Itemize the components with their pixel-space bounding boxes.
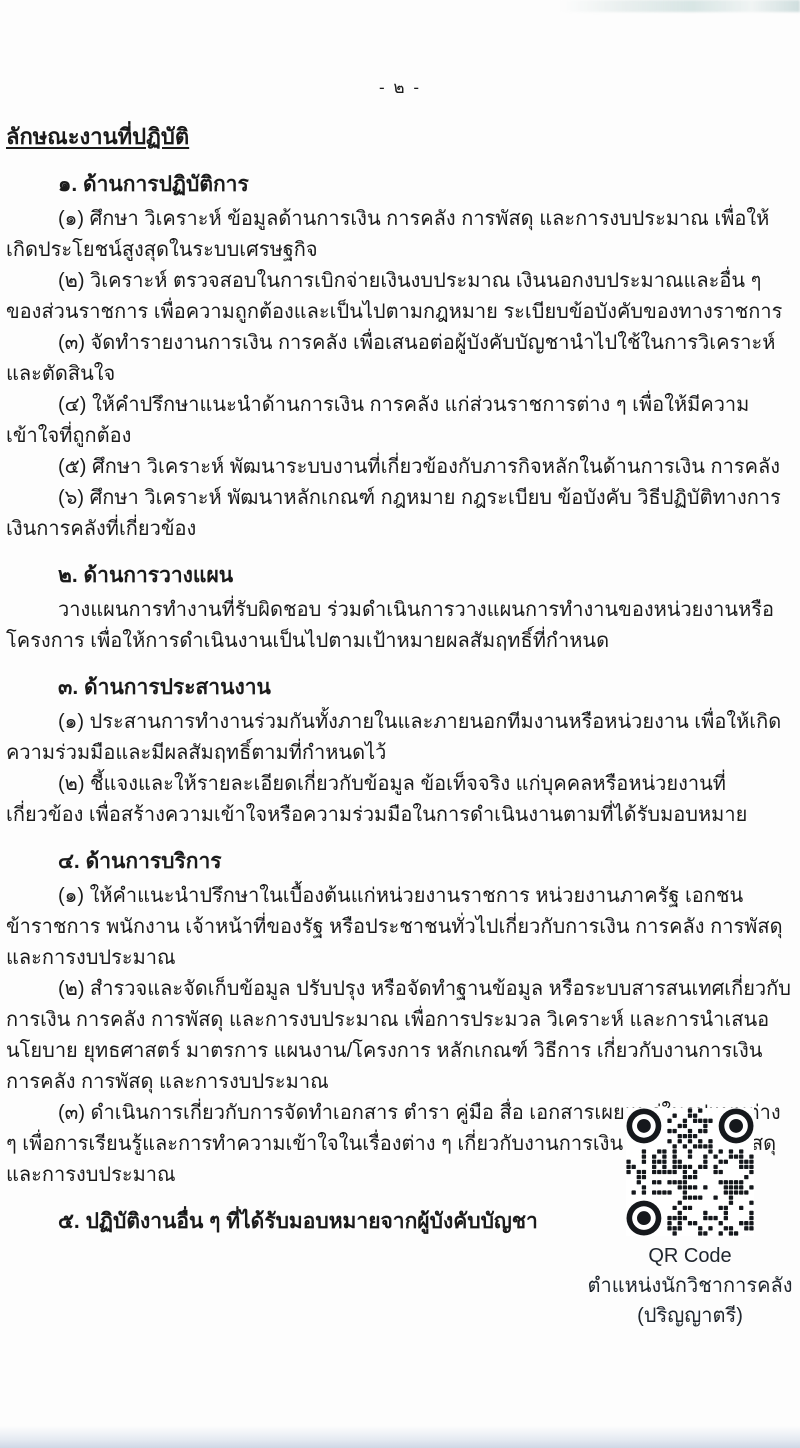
section-heading-2: ๒. ด้านการวางแผน (6, 560, 794, 591)
paragraph: (๓) จัดทำรายงานการเงิน การคลัง เพื่อเสนอ… (6, 328, 794, 390)
scan-artifact-bottom (0, 1426, 800, 1448)
document-content: - ๒ - ลักษณะงานที่ปฏิบัติ ๑. ด้านการปฏิบ… (6, 0, 794, 1241)
paragraph: (๔) ให้คำปรึกษาแนะนำด้านการเงิน การคลัง … (6, 390, 794, 452)
qr-block: QR Code ตำแหน่งนักวิชาการคลัง (ปริญญาตรี… (578, 1108, 800, 1331)
section-heading-4: ๔. ด้านการบริการ (6, 846, 794, 877)
qr-code-image (626, 1108, 754, 1236)
paragraph: (๕) ศึกษา วิเคราะห์ พัฒนาระบบงานที่เกี่ย… (6, 452, 794, 483)
paragraph: วางแผนการทำงานที่รับผิดชอบ ร่วมดำเนินการ… (6, 595, 794, 657)
qr-caption-degree: (ปริญญาตรี) (578, 1301, 800, 1331)
paragraph: (๒) ชี้แจงและให้รายละเอียดเกี่ยวกับข้อมู… (6, 769, 794, 831)
page-number: - ๒ - (6, 0, 794, 101)
paragraph: (๖) ศึกษา วิเคราะห์ พัฒนาหลักเกณฑ์ กฎหมา… (6, 483, 794, 545)
paragraph: (๑) ประสานการทำงานร่วมกันทั้งภายในและภาย… (6, 707, 794, 769)
paragraph: (๑) ให้คำแนะนำปรึกษาในเบื้องต้นแก่หน่วยง… (6, 881, 794, 974)
page-title: ลักษณะงานที่ปฏิบัติ (6, 119, 794, 154)
paragraph: (๒) สำรวจและจัดเก็บข้อมูล ปรับปรุง หรือจ… (6, 974, 794, 1098)
section-heading-1: ๑. ด้านการปฏิบัติการ (6, 169, 794, 200)
qr-caption-label: QR Code (578, 1241, 800, 1271)
document-page: - ๒ - ลักษณะงานที่ปฏิบัติ ๑. ด้านการปฏิบ… (0, 0, 800, 1448)
paragraph: (๑) ศึกษา วิเคราะห์ ข้อมูลด้านการเงิน กา… (6, 204, 794, 266)
qr-caption-position: ตำแหน่งนักวิชาการคลัง (578, 1271, 800, 1301)
section-heading-3: ๓. ด้านการประสานงาน (6, 672, 794, 703)
paragraph: (๒) วิเคราะห์ ตรวจสอบในการเบิกจ่ายเงินงบ… (6, 266, 794, 328)
qr-caption: QR Code ตำแหน่งนักวิชาการคลัง (ปริญญาตรี… (578, 1241, 800, 1331)
